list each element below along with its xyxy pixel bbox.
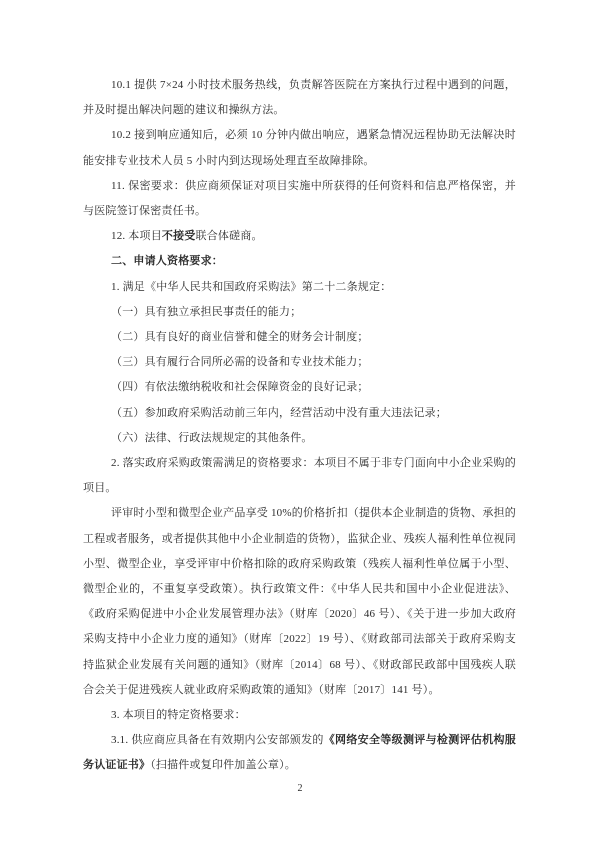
text-run: 二、申请人资格要求：	[111, 255, 223, 267]
text-run: （四）有依法缴纳税收和社会保障资金的良好记录；	[111, 381, 369, 393]
text-run: 10.2 接到响应通知后，必须 10 分钟内做出响应，遇紧急情况远程协助无法解决…	[83, 129, 516, 166]
qualification-3-1-certificate: 3.1. 供应商应具备在有效期内公安部颁发的《网络安全等级测评与检测评估机构服务…	[83, 728, 516, 778]
qualification-1: 1. 满足《中华人民共和国政府采购法》第二十二条规定：	[83, 275, 516, 300]
document-body: 10.1 提供 7×24 小时技术服务热线，负责解答医院在方案执行过程中遇到的问…	[83, 73, 516, 779]
page-number: 2	[0, 783, 600, 794]
clause-12-no-consortium: 12. 本项目不接受联合体磋商。	[83, 224, 516, 249]
text-run: 3. 本项目的特定资格要求：	[111, 709, 246, 721]
text-run: （二）具有良好的商业信誉和健全的财务会计制度；	[111, 331, 369, 343]
text-run: （扫描件或复印件加盖公章）。	[150, 759, 296, 771]
text-run: 1. 满足《中华人民共和国政府采购法》第二十二条规定：	[111, 281, 391, 293]
text-run: 不接受	[162, 230, 196, 242]
text-run: 3.1. 供应商应具备在有效期内公安部颁发的	[111, 734, 324, 746]
clause-10-2: 10.2 接到响应通知后，必须 10 分钟内做出响应，遇紧急情况远程协助无法解决…	[83, 123, 516, 173]
text-run: 评审时小型和微型企业产品享受 10%的价格折扣（提供本企业制造的货物、承担的工程…	[83, 507, 516, 695]
text-run: 11. 保密要求：供应商须保证对项目实施中所获得的任何资料和信息严格保密，并与医…	[83, 180, 516, 217]
text-run: （三）具有履行合同所必需的设备和专业技术能力；	[111, 356, 369, 368]
qualification-item-4: （四）有依法缴纳税收和社会保障资金的良好记录；	[83, 375, 516, 400]
text-run: （一）具有独立承担民事责任的能力；	[111, 306, 301, 318]
policy-detail: 评审时小型和微型企业产品享受 10%的价格折扣（提供本企业制造的货物、承担的工程…	[83, 501, 516, 703]
qualification-item-3: （三）具有履行合同所必需的设备和专业技术能力；	[83, 350, 516, 375]
text-run: 12. 本项目	[111, 230, 162, 242]
clause-11-confidentiality: 11. 保密要求：供应商须保证对项目实施中所获得的任何资料和信息严格保密，并与医…	[83, 174, 516, 224]
section-2-heading: 二、申请人资格要求：	[83, 249, 516, 274]
qualification-item-5: （五）参加政府采购活动前三年内，经营活动中没有重大违法记录；	[83, 401, 516, 426]
document-page: 10.1 提供 7×24 小时技术服务热线，负责解答医院在方案执行过程中遇到的问…	[0, 0, 600, 849]
qualification-item-1: （一）具有独立承担民事责任的能力；	[83, 300, 516, 325]
text-run: （六）法律、行政法规规定的其他条件。	[111, 432, 313, 444]
text-run: （五）参加政府采购活动前三年内，经营活动中没有重大违法记录；	[111, 407, 447, 419]
text-run: 10.1 提供 7×24 小时技术服务热线，负责解答医院在方案执行过程中遇到的问…	[83, 79, 516, 116]
text-run: 2. 落实政府采购政策需满足的资格要求：本项目不属于非专门面向中小企业采购的项目…	[83, 457, 516, 494]
text-run: 联合体磋商。	[196, 230, 263, 242]
qualification-3-specific: 3. 本项目的特定资格要求：	[83, 703, 516, 728]
qualification-2-policy: 2. 落实政府采购政策需满足的资格要求：本项目不属于非专门面向中小企业采购的项目…	[83, 451, 516, 501]
qualification-item-2: （二）具有良好的商业信誉和健全的财务会计制度；	[83, 325, 516, 350]
qualification-item-6: （六）法律、行政法规规定的其他条件。	[83, 426, 516, 451]
clause-10-1: 10.1 提供 7×24 小时技术服务热线，负责解答医院在方案执行过程中遇到的问…	[83, 73, 516, 123]
